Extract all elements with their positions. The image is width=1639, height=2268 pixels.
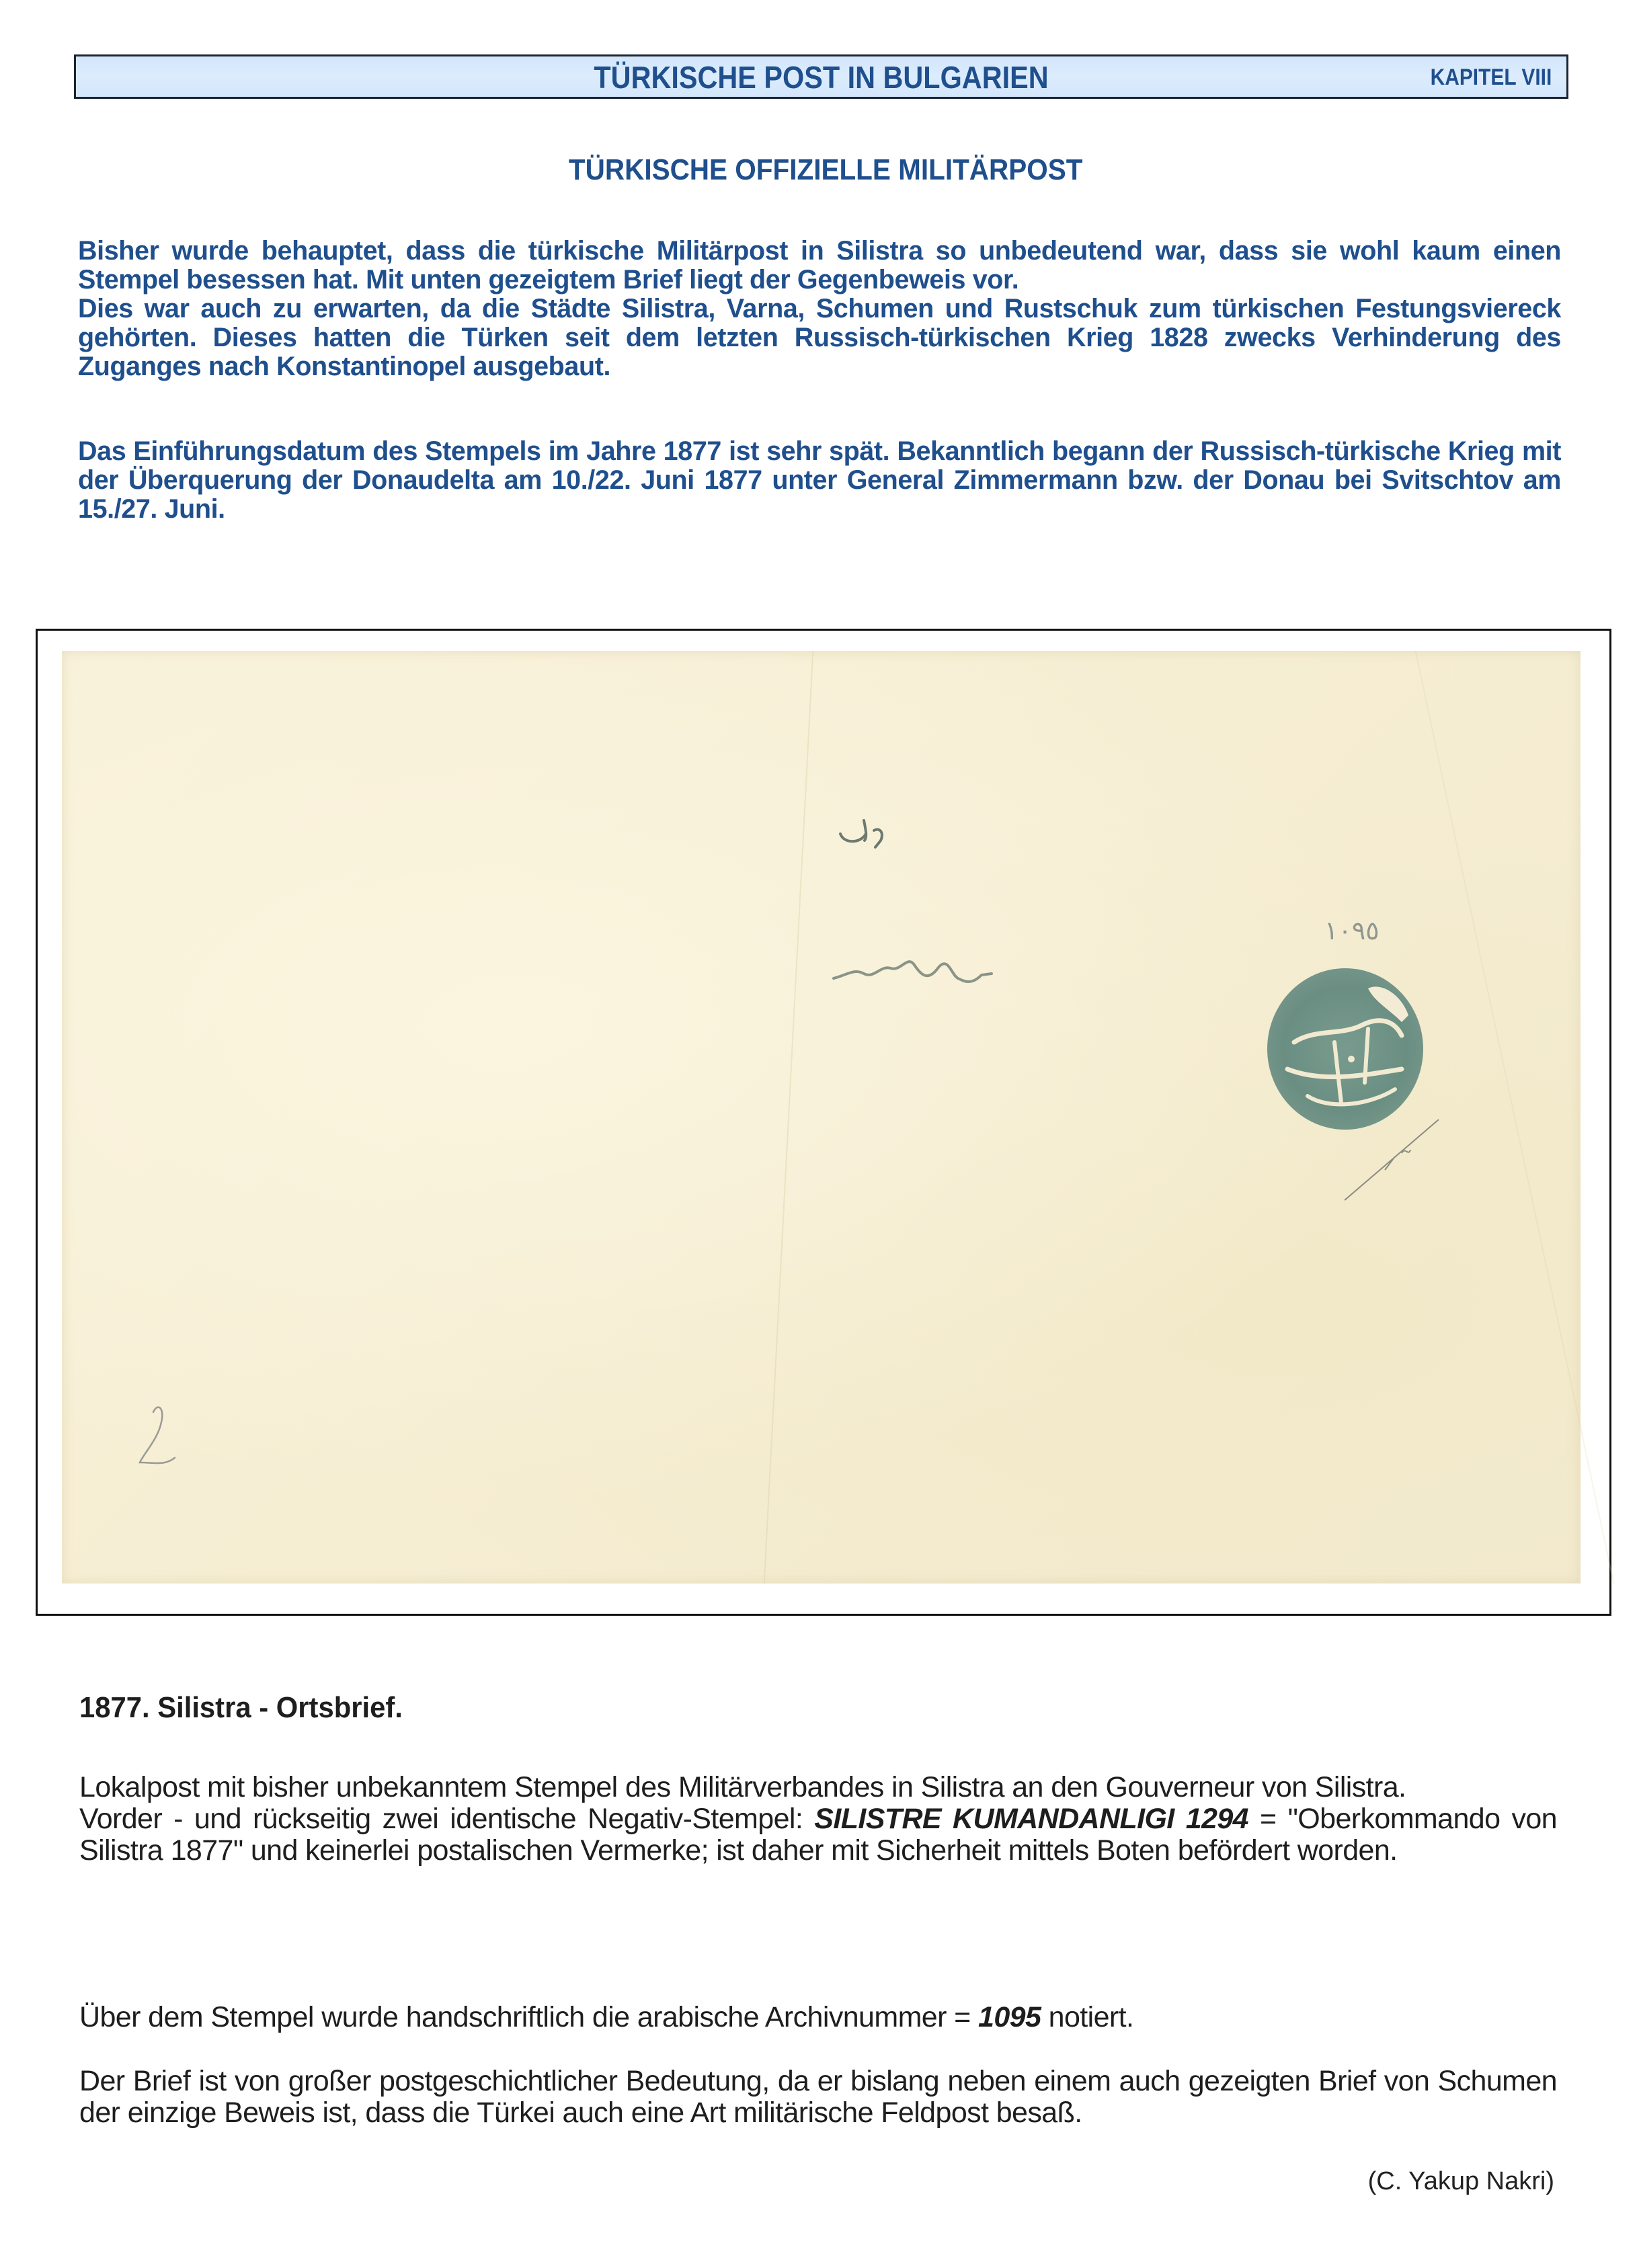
exhibit-caption-title: 1877. Silistra - Ortsbrief. (79, 1691, 403, 1725)
caption-text-2-prefix: Über dem Stempel wurde handschriftlich d… (79, 2001, 978, 2033)
stamp-inscription: SILISTRE KUMANDANLIGI 1294 (814, 1803, 1248, 1835)
caption-text-1b: Vorder - und rückseitig zwei identische … (79, 1803, 1557, 1867)
pencil-signature-icon (1338, 1116, 1452, 1204)
caption-text-3: Der Brief ist von großer postgeschichtli… (79, 2066, 1557, 2129)
author-credit: (C. Yakup Nakri) (1368, 2167, 1554, 2196)
caption-paragraph-3: Der Brief ist von großer postgeschichtli… (79, 2066, 1557, 2129)
negative-seal-stamp (1267, 968, 1423, 1130)
fold-line (764, 651, 814, 1583)
intro-text-1b: Dies war auch zu erwarten, da die Städte… (78, 295, 1561, 381)
caption-text-1b-prefix: Vorder - und rückseitig zwei identische … (79, 1803, 814, 1835)
handwritten-address-icon (827, 948, 1002, 995)
stamp-calligraphy-icon (1267, 968, 1423, 1130)
intro-paragraph-2: Das Einführungsdatum des Stempels im Jah… (78, 437, 1561, 524)
chapter-label: KAPITEL VIII (1430, 65, 1552, 91)
section-title: TÜRKISCHE OFFIZIELLE MILITÄRPOST (66, 153, 1574, 187)
caption-paragraph-2: Über dem Stempel wurde handschriftlich d… (79, 2002, 1557, 2033)
caption-text-2-suffix: notiert. (1041, 2001, 1133, 2033)
pencil-number-icon (128, 1399, 188, 1473)
archive-number: 1095 (978, 2001, 1041, 2033)
archive-number-icon: ١٠٩٥ (1318, 911, 1398, 951)
chapter-header-bar: TÜRKISCHE POST IN BULGARIEN KAPITEL VIII (74, 54, 1568, 99)
caption-text-2: Über dem Stempel wurde handschriftlich d… (79, 2002, 1557, 2033)
intro-paragraph-1: Bisher wurde behauptet, dass die türkisc… (78, 237, 1561, 381)
caption-text-1a: Lokalpost mit bisher unbekanntem Stempel… (79, 1772, 1557, 1803)
intro-text-2: Das Einführungsdatum des Stempels im Jah… (78, 437, 1561, 524)
svg-text:١٠٩٥: ١٠٩٥ (1324, 916, 1380, 945)
page-title: TÜRKISCHE POST IN BULGARIEN (151, 59, 1492, 95)
caption-paragraph-1: Lokalpost mit bisher unbekanntem Stempel… (79, 1772, 1557, 1867)
intro-text-1a: Bisher wurde behauptet, dass die türkisc… (78, 237, 1561, 295)
handwritten-note-icon (834, 814, 901, 854)
